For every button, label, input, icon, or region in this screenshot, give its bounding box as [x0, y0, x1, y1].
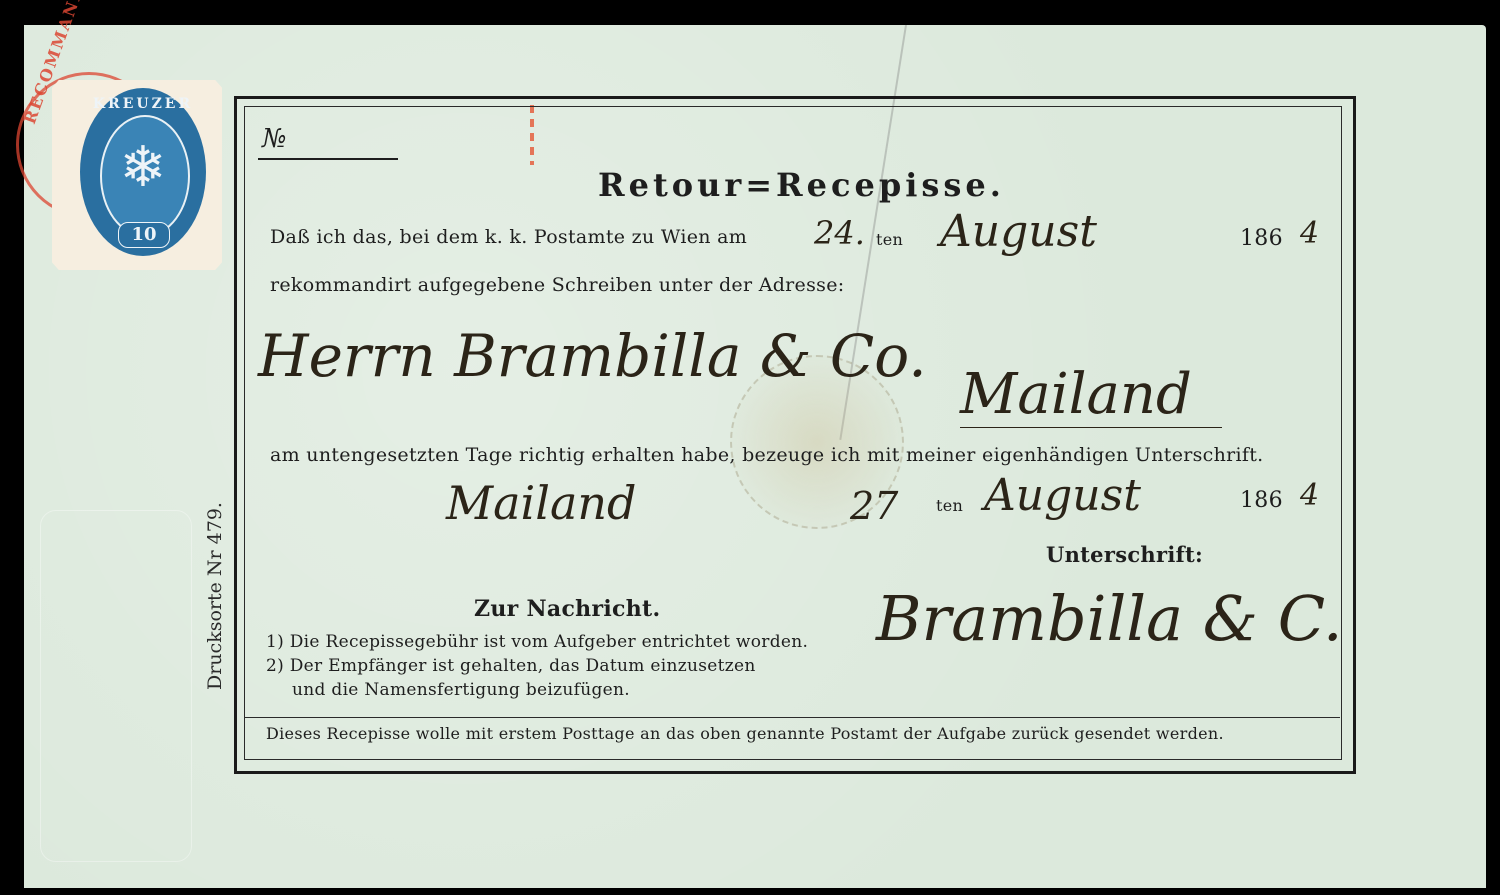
receipt-line-1: Daß ich das, bei dem k. k. Postamte zu W… [270, 226, 747, 248]
stamp-value: 10 [118, 222, 170, 248]
notice-item-2: 2) Der Empfänger ist gehalten, das Datum… [266, 656, 756, 676]
handwritten-addressee: Herrn Brambilla & Co. [258, 322, 927, 390]
form-number: Drucksorte Nr 479. [204, 502, 226, 690]
year-prefix: 186 [1240, 226, 1283, 251]
handwritten-day-received: 27 [850, 484, 898, 528]
ten-suffix: ten [876, 230, 903, 249]
handwritten-year-digit-2: 4 [1300, 478, 1319, 513]
handwritten-month-sent: August [940, 206, 1097, 257]
ten-suffix-2: ten [936, 496, 963, 515]
year-prefix-2: 186 [1240, 488, 1283, 513]
handwritten-signature: Brambilla & C. [876, 582, 1343, 655]
footer-instruction: Dieses Recepisse wolle mit erstem Postta… [266, 724, 1224, 743]
handwritten-year-digit: 4 [1300, 216, 1319, 251]
handwritten-day-sent: 24. [814, 214, 865, 252]
notice-item-3: und die Namensfertigung beizufügen. [292, 680, 630, 700]
embossed-printer-mark [40, 510, 192, 862]
handwritten-destination: Mailand [960, 362, 1222, 428]
handwritten-place: Mailand [446, 476, 636, 530]
handwritten-month-received: August [984, 470, 1141, 521]
number-line [258, 158, 398, 160]
footer-divider [244, 717, 1340, 718]
page-title: Retour=Recepisse. [598, 166, 1005, 204]
receipt-line-3: am untengesetzten Tage richtig erhalten … [270, 444, 1264, 466]
stamp-denomination-word: KREUZER [80, 96, 206, 112]
notice-item-1: 1) Die Recepissegebühr ist vom Aufgeber … [266, 632, 808, 652]
signature-label: Unterschrift: [1046, 542, 1203, 567]
notice-title: Zur Nachricht. [474, 596, 660, 622]
number-label: № [262, 124, 287, 154]
receipt-line-2: rekommandirt aufgegebene Schreiben unter… [270, 274, 844, 296]
eagle-icon: ❄ [108, 128, 178, 208]
